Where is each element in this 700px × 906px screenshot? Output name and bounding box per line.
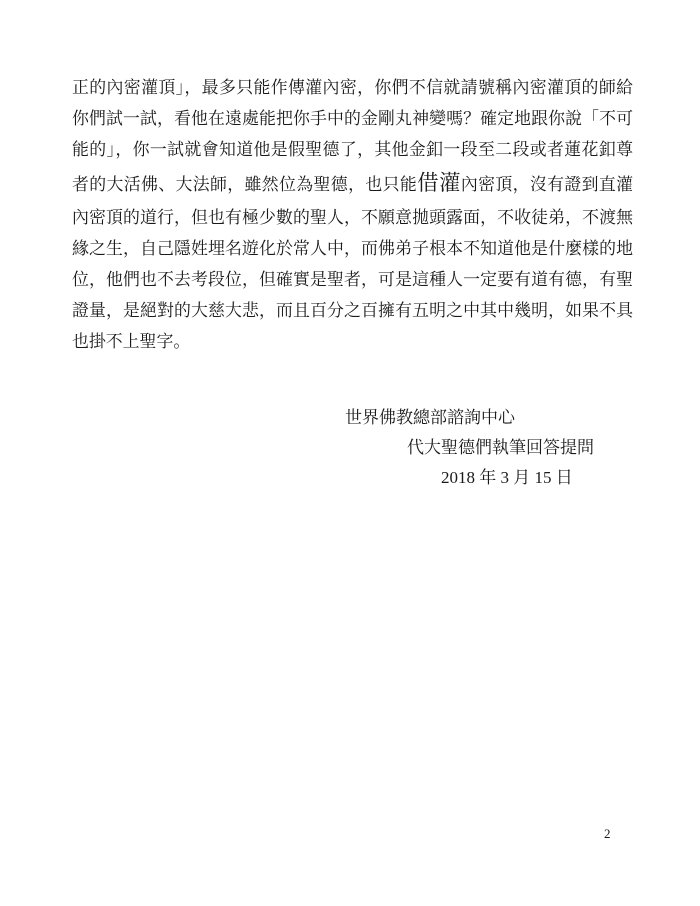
signature-byline: 代大聖德們執筆回答提問 xyxy=(407,433,594,463)
emphasized-phrase: 借灌 xyxy=(417,171,461,195)
body-text-segment: 緣之生，自己隱姓埋名遊化於常人中，而佛弟子根本不知道他是什麼樣的地 xyxy=(72,239,633,258)
text-line: 也掛不上聖字。 xyxy=(72,326,633,357)
body-text-segment: 能的」，你一試就會知道他是假聖德了，其他金釦一段至二段或者蓮花釦尊 xyxy=(72,140,633,159)
body-text-segment: 正的內密灌頂」，最多只能作傳灌內密，你們不信就請號稱內密灌頂的師給 xyxy=(72,78,633,97)
document-page: 正的內密灌頂」，最多只能作傳灌內密，你們不信就請號稱內密灌頂的師給你們試一試，看… xyxy=(0,0,700,906)
text-line: 正的內密灌頂」，最多只能作傳灌內密，你們不信就請號稱內密灌頂的師給 xyxy=(72,72,633,103)
text-line: 位，他們也不去考段位，但確實是聖者，可是這種人一定要有道有德，有聖 xyxy=(72,264,633,295)
text-line: 緣之生，自己隱姓埋名遊化於常人中，而佛弟子根本不知道他是什麼樣的地 xyxy=(72,233,633,264)
text-line: 你們試一試，看他在遠處能把你手中的金剛丸神變嗎？確定地跟你說「不可 xyxy=(72,103,633,134)
body-text-segment: 內密頂，沒有證到直灌 xyxy=(461,175,633,194)
body-text-segment: 內密頂的道行，但也有極少數的聖人，不願意拋頭露面，不收徒弟，不渡無 xyxy=(72,208,633,227)
page-number: 2 xyxy=(604,825,611,843)
body-text-segment: 證量，是絕對的大慈大悲，而且百分之百擁有五明之中其中幾明，如果不具 xyxy=(72,301,633,320)
text-line: 內密頂的道行，但也有極少數的聖人，不願意拋頭露面，不收徒弟，不渡無 xyxy=(72,202,633,233)
text-line: 能的」，你一試就會知道他是假聖德了，其他金釦一段至二段或者蓮花釦尊 xyxy=(72,134,633,165)
body-paragraph: 正的內密灌頂」，最多只能作傳灌內密，你們不信就請號稱內密灌頂的師給你們試一試，看… xyxy=(72,72,633,357)
body-text-segment: 位，他們也不去考段位，但確實是聖者，可是這種人一定要有道有德，有聖 xyxy=(72,270,633,289)
signature-organization: 世界佛教總部諮詢中心 xyxy=(345,403,515,433)
body-text-segment: 者的大活佛、大法師，雖然位為聖德，也只能 xyxy=(72,175,417,194)
body-text-segment: 你們試一試，看他在遠處能把你手中的金剛丸神變嗎？確定地跟你說「不可 xyxy=(72,109,633,128)
text-line: 證量，是絕對的大慈大悲，而且百分之百擁有五明之中其中幾明，如果不具 xyxy=(72,295,633,326)
document-page-body: { "page": { "background": "#ffffff", "te… xyxy=(0,0,700,906)
text-line: 者的大活佛、大法師，雖然位為聖德，也只能借灌內密頂，沒有證到直灌 xyxy=(72,165,633,202)
signature-date: 2018 年 3 月 15 日 xyxy=(441,463,573,493)
body-text-segment: 也掛不上聖字。 xyxy=(72,332,190,351)
